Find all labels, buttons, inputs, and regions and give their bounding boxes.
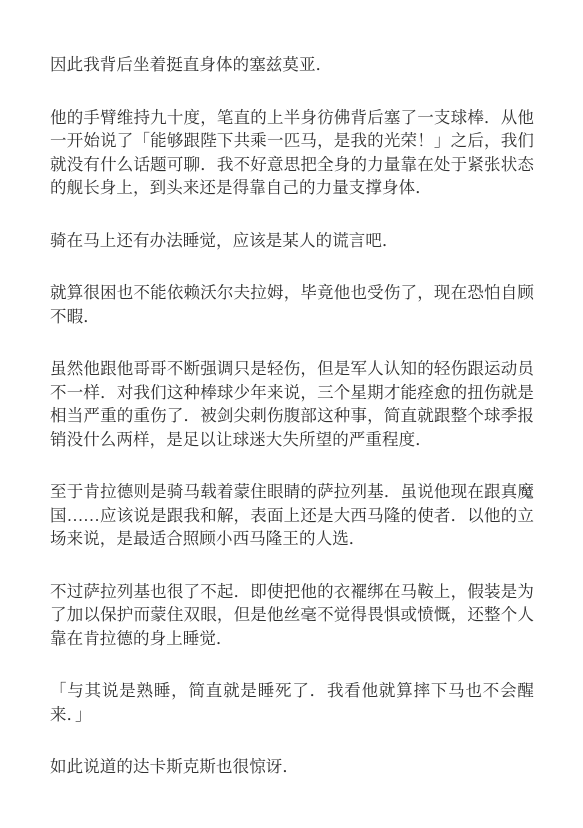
paragraph: 因此我背后坐着挺直身体的塞兹莫亚．: [50, 53, 534, 77]
paragraph: 「与其说是熟睡，简直就是睡死了．我看他就算摔下马也不会醒来．」: [50, 679, 534, 726]
paragraph: 不过萨拉列基也很了不起．即使把他的衣襬绑在马鞍上，假装是为了加以保护而蒙住双眼，…: [50, 580, 534, 651]
paragraph: 如此说道的达卡斯克斯也很惊讶．: [50, 755, 534, 779]
page-text-content: 因此我背后坐着挺直身体的塞兹莫亚． 他的手臂维持九十度，笔直的上半身彷佛背后塞了…: [50, 53, 534, 808]
paragraph: 至于肯拉德则是骑马载着蒙住眼睛的萨拉列基．虽说他现在跟真魔国……应该说是跟我和解…: [50, 480, 534, 551]
paragraph: 虽然他跟他哥哥不断强调只是轻伤，但是军人认知的轻伤跟运动员不一样．对我们这种棒球…: [50, 357, 534, 451]
paragraph: 骑在马上还有办法睡觉，应该是某人的谎言吧．: [50, 229, 534, 253]
ebook-page: 因此我背后坐着挺直身体的塞兹莫亚． 他的手臂维持九十度，笔直的上半身彷佛背后塞了…: [0, 0, 583, 828]
paragraph: 就算很困也不能依赖沃尔夫拉姆，毕竟他也受伤了，现在恐怕自顾不暇．: [50, 281, 534, 328]
paragraph: 他的手臂维持九十度，笔直的上半身彷佛背后塞了一支球棒．从他一开始说了「能够跟陛下…: [50, 106, 534, 200]
